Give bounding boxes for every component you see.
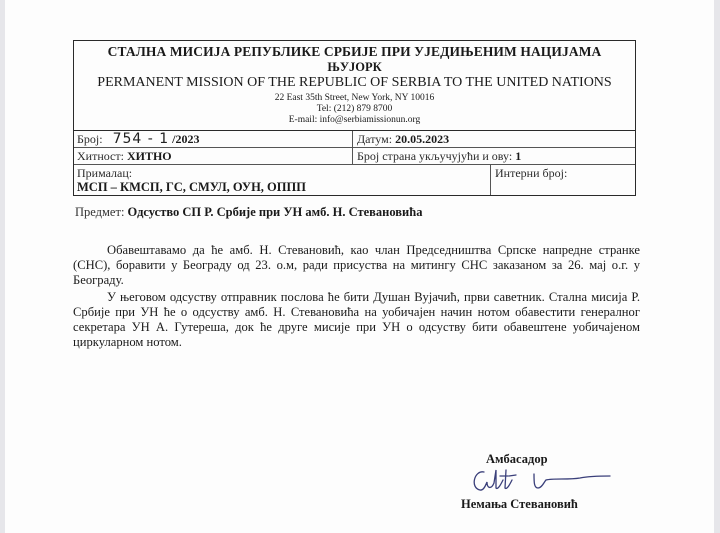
letterhead-phone: Tel: (212) 879 8700: [74, 104, 635, 115]
number-suffix: /2023: [172, 132, 199, 146]
number-cell: Број:754 - 1 /2023: [74, 131, 353, 147]
recipient-label: Прималац:: [77, 166, 490, 180]
body-paragraph: Обавештавамо да ће амб. Н. Стевановић, к…: [73, 243, 640, 288]
letterhead-title-cyrillic: СТАЛНА МИСИЈА РЕПУБЛИКЕ СРБИЈЕ ПРИ УЈЕДИ…: [74, 44, 635, 60]
urgency-value: ХИТНО: [127, 149, 172, 163]
letterhead-contact: 22 East 35th Street, New York, NY 10016 …: [74, 93, 635, 126]
recipient-value: МСП – КМСП, ГС, СМУЛ, ОУН, ОППП: [77, 180, 490, 194]
meta-row-number-date: Број:754 - 1 /2023 Датум: 20.05.2023: [74, 131, 635, 148]
pages-value: 1: [515, 149, 521, 163]
number-label: Број:: [77, 132, 103, 146]
urgency-label: Хитност:: [77, 149, 124, 163]
subject-value: Одсуство СП Р. Србије при УН амб. Н. Сте…: [128, 205, 423, 219]
signatory-name: Немања Стевановић: [461, 497, 578, 512]
letterhead-title-english: PERMANENT MISSION OF THE REPUBLIC OF SER…: [74, 75, 635, 91]
body-paragraph: У његовом одсуству отправник послова ће …: [73, 290, 640, 350]
letterhead-address: 22 East 35th Street, New York, NY 10016: [74, 93, 635, 104]
urgency-cell: Хитност: ХИТНО: [74, 148, 353, 164]
handwritten-signature-icon: [468, 464, 628, 496]
date-cell: Датум: 20.05.2023: [353, 131, 635, 147]
date-label: Датум:: [357, 132, 392, 146]
internal-number-cell: Интерни број:: [491, 165, 635, 195]
pages-label: Број страна укључујући и ову:: [357, 149, 512, 163]
viewer-edge-left: [0, 0, 5, 533]
pages-cell: Број страна укључујући и ову: 1: [353, 148, 635, 164]
letterhead-box: СТАЛНА МИСИЈА РЕПУБЛИКЕ СРБИЈЕ ПРИ УЈЕДИ…: [73, 40, 636, 196]
internal-number-label: Интерни број:: [495, 166, 567, 180]
number-handwritten: 754 - 1: [113, 131, 170, 147]
recipient-cell: Прималац: МСП – КМСП, ГС, СМУЛ, ОУН, ОПП…: [74, 165, 491, 195]
date-value: 20.05.2023: [395, 132, 449, 146]
viewer-edge-right: [714, 0, 720, 533]
letterhead-email: E-mail: info@serbiamissionun.org: [74, 115, 635, 126]
subject-line: Предмет: Одсуство СП Р. Србије при УН ам…: [75, 205, 422, 220]
subject-label: Предмет:: [75, 205, 124, 219]
letter-body: Обавештавамо да ће амб. Н. Стевановић, к…: [73, 243, 640, 350]
meta-row-urgency-pages: Хитност: ХИТНО Број страна укључујући и …: [74, 148, 635, 165]
meta-row-recipient: Прималац: МСП – КМСП, ГС, СМУЛ, ОУН, ОПП…: [74, 165, 635, 195]
letterhead-city: ЊУЈОРК: [74, 60, 635, 75]
